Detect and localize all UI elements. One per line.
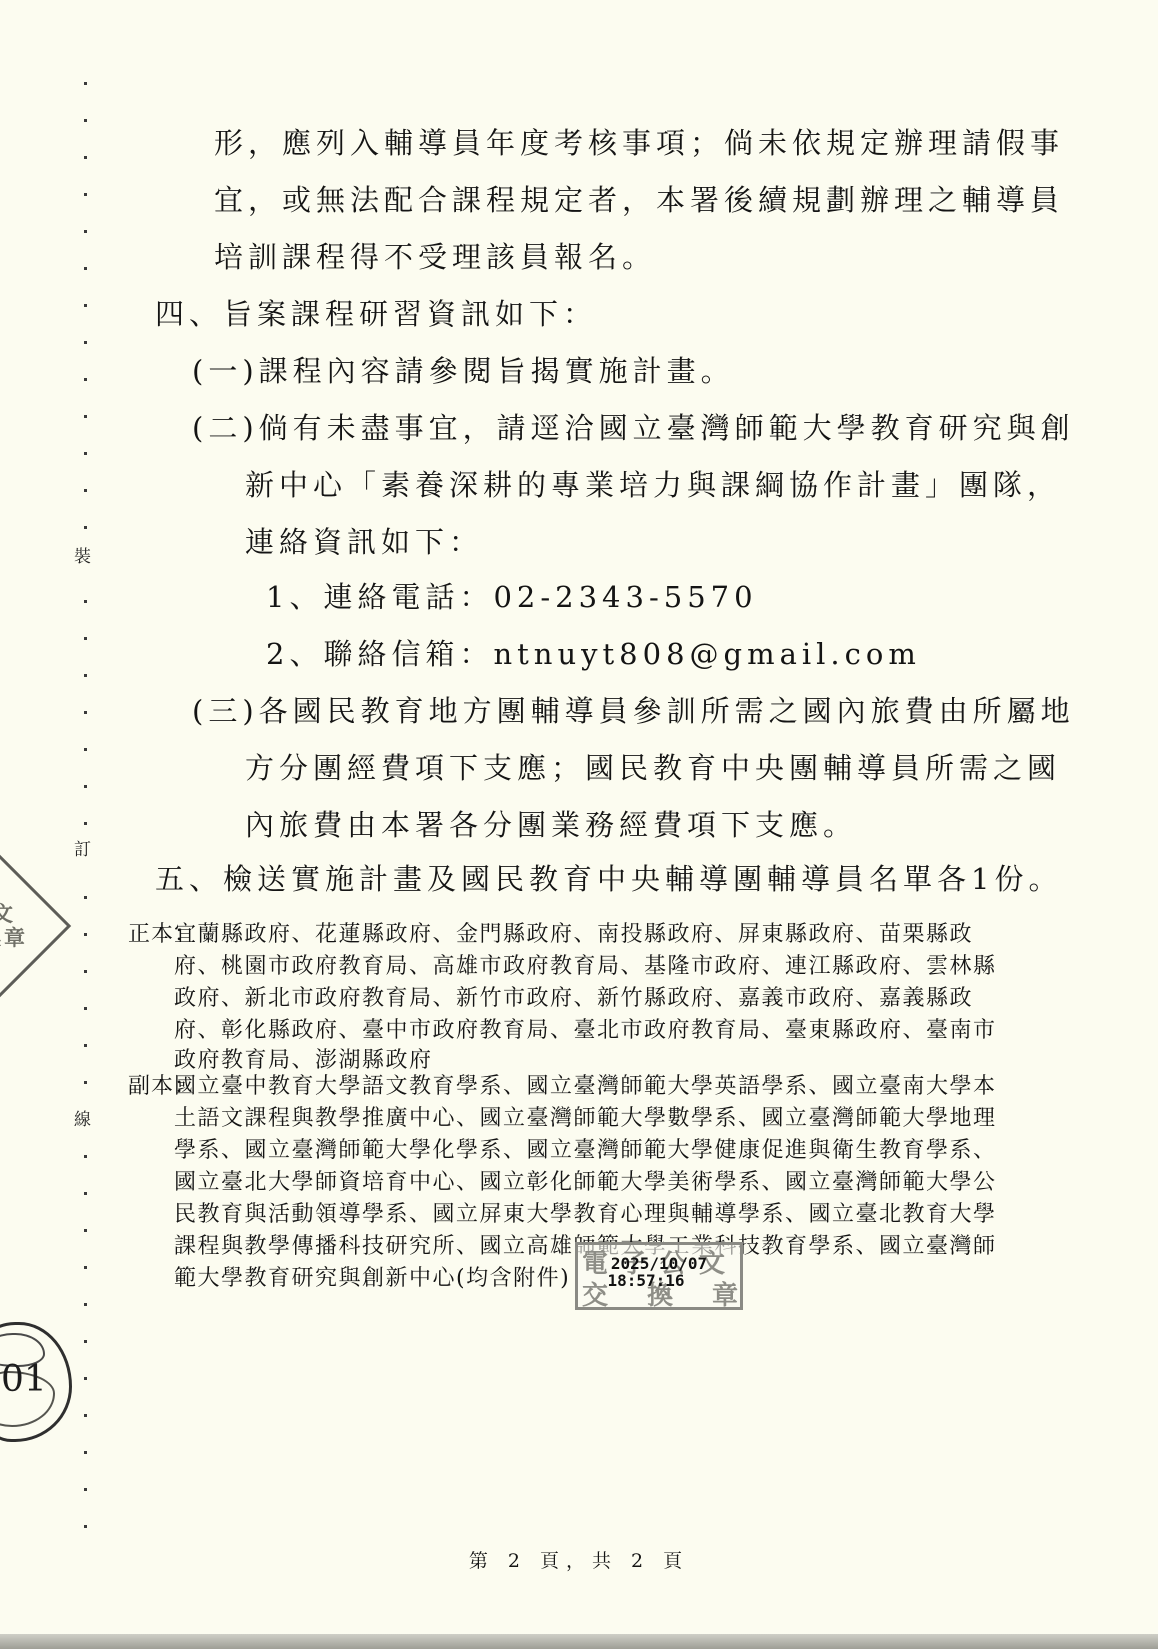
- side-stamp-text: 公文 交換章: [0, 902, 32, 950]
- body-line-item4: 四、旨案課程研習資訊如下：: [155, 297, 597, 331]
- binding-char-zhuang: 裝: [74, 545, 91, 569]
- fuben-line: 範大學教育研究與創新中心(均含附件): [174, 1264, 570, 1294]
- zhengben-line: 府、桃園市政府教育局、高雄市政府教育局、基隆市政府、連江縣政府、雲林縣: [174, 952, 997, 982]
- fuben-line: 民教育與活動領導學系、國立屏東大學教育心理與輔導學系、國立臺北教育大學: [174, 1200, 997, 1230]
- body-line-item4-1: (一)課程內容請參閱旨揭實施計畫。: [192, 354, 735, 388]
- binding-dotted-line: [84, 82, 87, 1530]
- body-line: 連絡資訊如下：: [245, 525, 483, 559]
- body-line-email: 2、聯絡信箱：ntnuyt808@gmail.com: [266, 637, 921, 671]
- zhengben-line: 宜蘭縣政府、花蓮縣政府、金門縣政府、南投縣政府、屏東縣政府、苗栗縣政: [174, 920, 973, 950]
- zhengben-line: 政府、新北市政府教育局、新竹市政府、新竹縣政府、嘉義市政府、嘉義縣政: [174, 984, 973, 1014]
- body-line: 宜，或無法配合課程規定者，本署後續規劃辦理之輔導員: [214, 183, 1064, 217]
- body-line: 方分團經費項下支應；國民教育中央團輔導員所需之國: [245, 751, 1061, 785]
- document-page: 裝 訂 線 形，應列入輔導員年度考核事項；倘未依規定辦理請假事 宜，或無法配合課…: [0, 0, 1158, 1649]
- fuben-line: 國立臺中教育大學語文教育學系、國立臺灣師範大學英語學系、國立臺南大學本: [174, 1072, 997, 1102]
- body-line: 形，應列入輔導員年度考核事項；倘未依規定辦理請假事: [214, 126, 1064, 160]
- exchange-stamp-time: 18:57:16: [552, 1272, 740, 1289]
- exchange-stamp-datetime: 2025/10/07 18:57:16: [578, 1255, 740, 1289]
- fuben-line: 學系、國立臺灣師範大學化學系、國立臺灣師範大學健康促進與衛生教育學系、: [174, 1136, 997, 1166]
- body-line-item4-2: (二)倘有未盡事宜，請逕洽國立臺灣師範大學教育研究與創: [192, 411, 1075, 445]
- body-line-item4-3: (三)各國民教育地方團輔導員參訓所需之國內旅費由所屬地: [192, 694, 1075, 728]
- fuben-line: 土語文課程與教學推廣中心、國立臺灣師範大學數學系、國立臺灣師範大學地理: [174, 1104, 997, 1134]
- body-line-item5: 五、檢送實施計畫及國民教育中央輔導團輔導員名單各1份。: [155, 862, 1062, 896]
- body-line-phone: 1、連絡電話：02-2343-5570: [266, 580, 758, 614]
- body-line: 內旅費由本署各分團業務經費項下支應。: [245, 808, 857, 842]
- seal-number: 01: [1, 1359, 47, 1400]
- scan-edge-shadow: [0, 1634, 1158, 1649]
- zhengben-line: 府、彰化縣政府、臺中市政府教育局、臺北市政府教育局、臺東縣政府、臺南市: [174, 1016, 997, 1046]
- round-seal-mark: 01: [0, 1322, 72, 1442]
- body-line: 新中心「素養深耕的專業培力與課綱協作計畫」團隊，: [245, 468, 1061, 502]
- side-perforation-stamp: 公文 交換章: [0, 847, 71, 1005]
- body-line: 培訓課程得不受理該員報名。: [214, 240, 656, 274]
- binding-char-ding: 訂: [74, 838, 91, 862]
- binding-char-xian: 線: [74, 1108, 91, 1132]
- electronic-exchange-stamp: 電子公文 交換章 2025/10/07 18:57:16: [575, 1242, 743, 1310]
- fuben-line: 國立臺北大學師資培育中心、國立彰化師範大學美術學系、國立臺灣師範大學公: [174, 1168, 997, 1198]
- page-number-footer: 第 2 頁，共 2 頁: [469, 1546, 689, 1573]
